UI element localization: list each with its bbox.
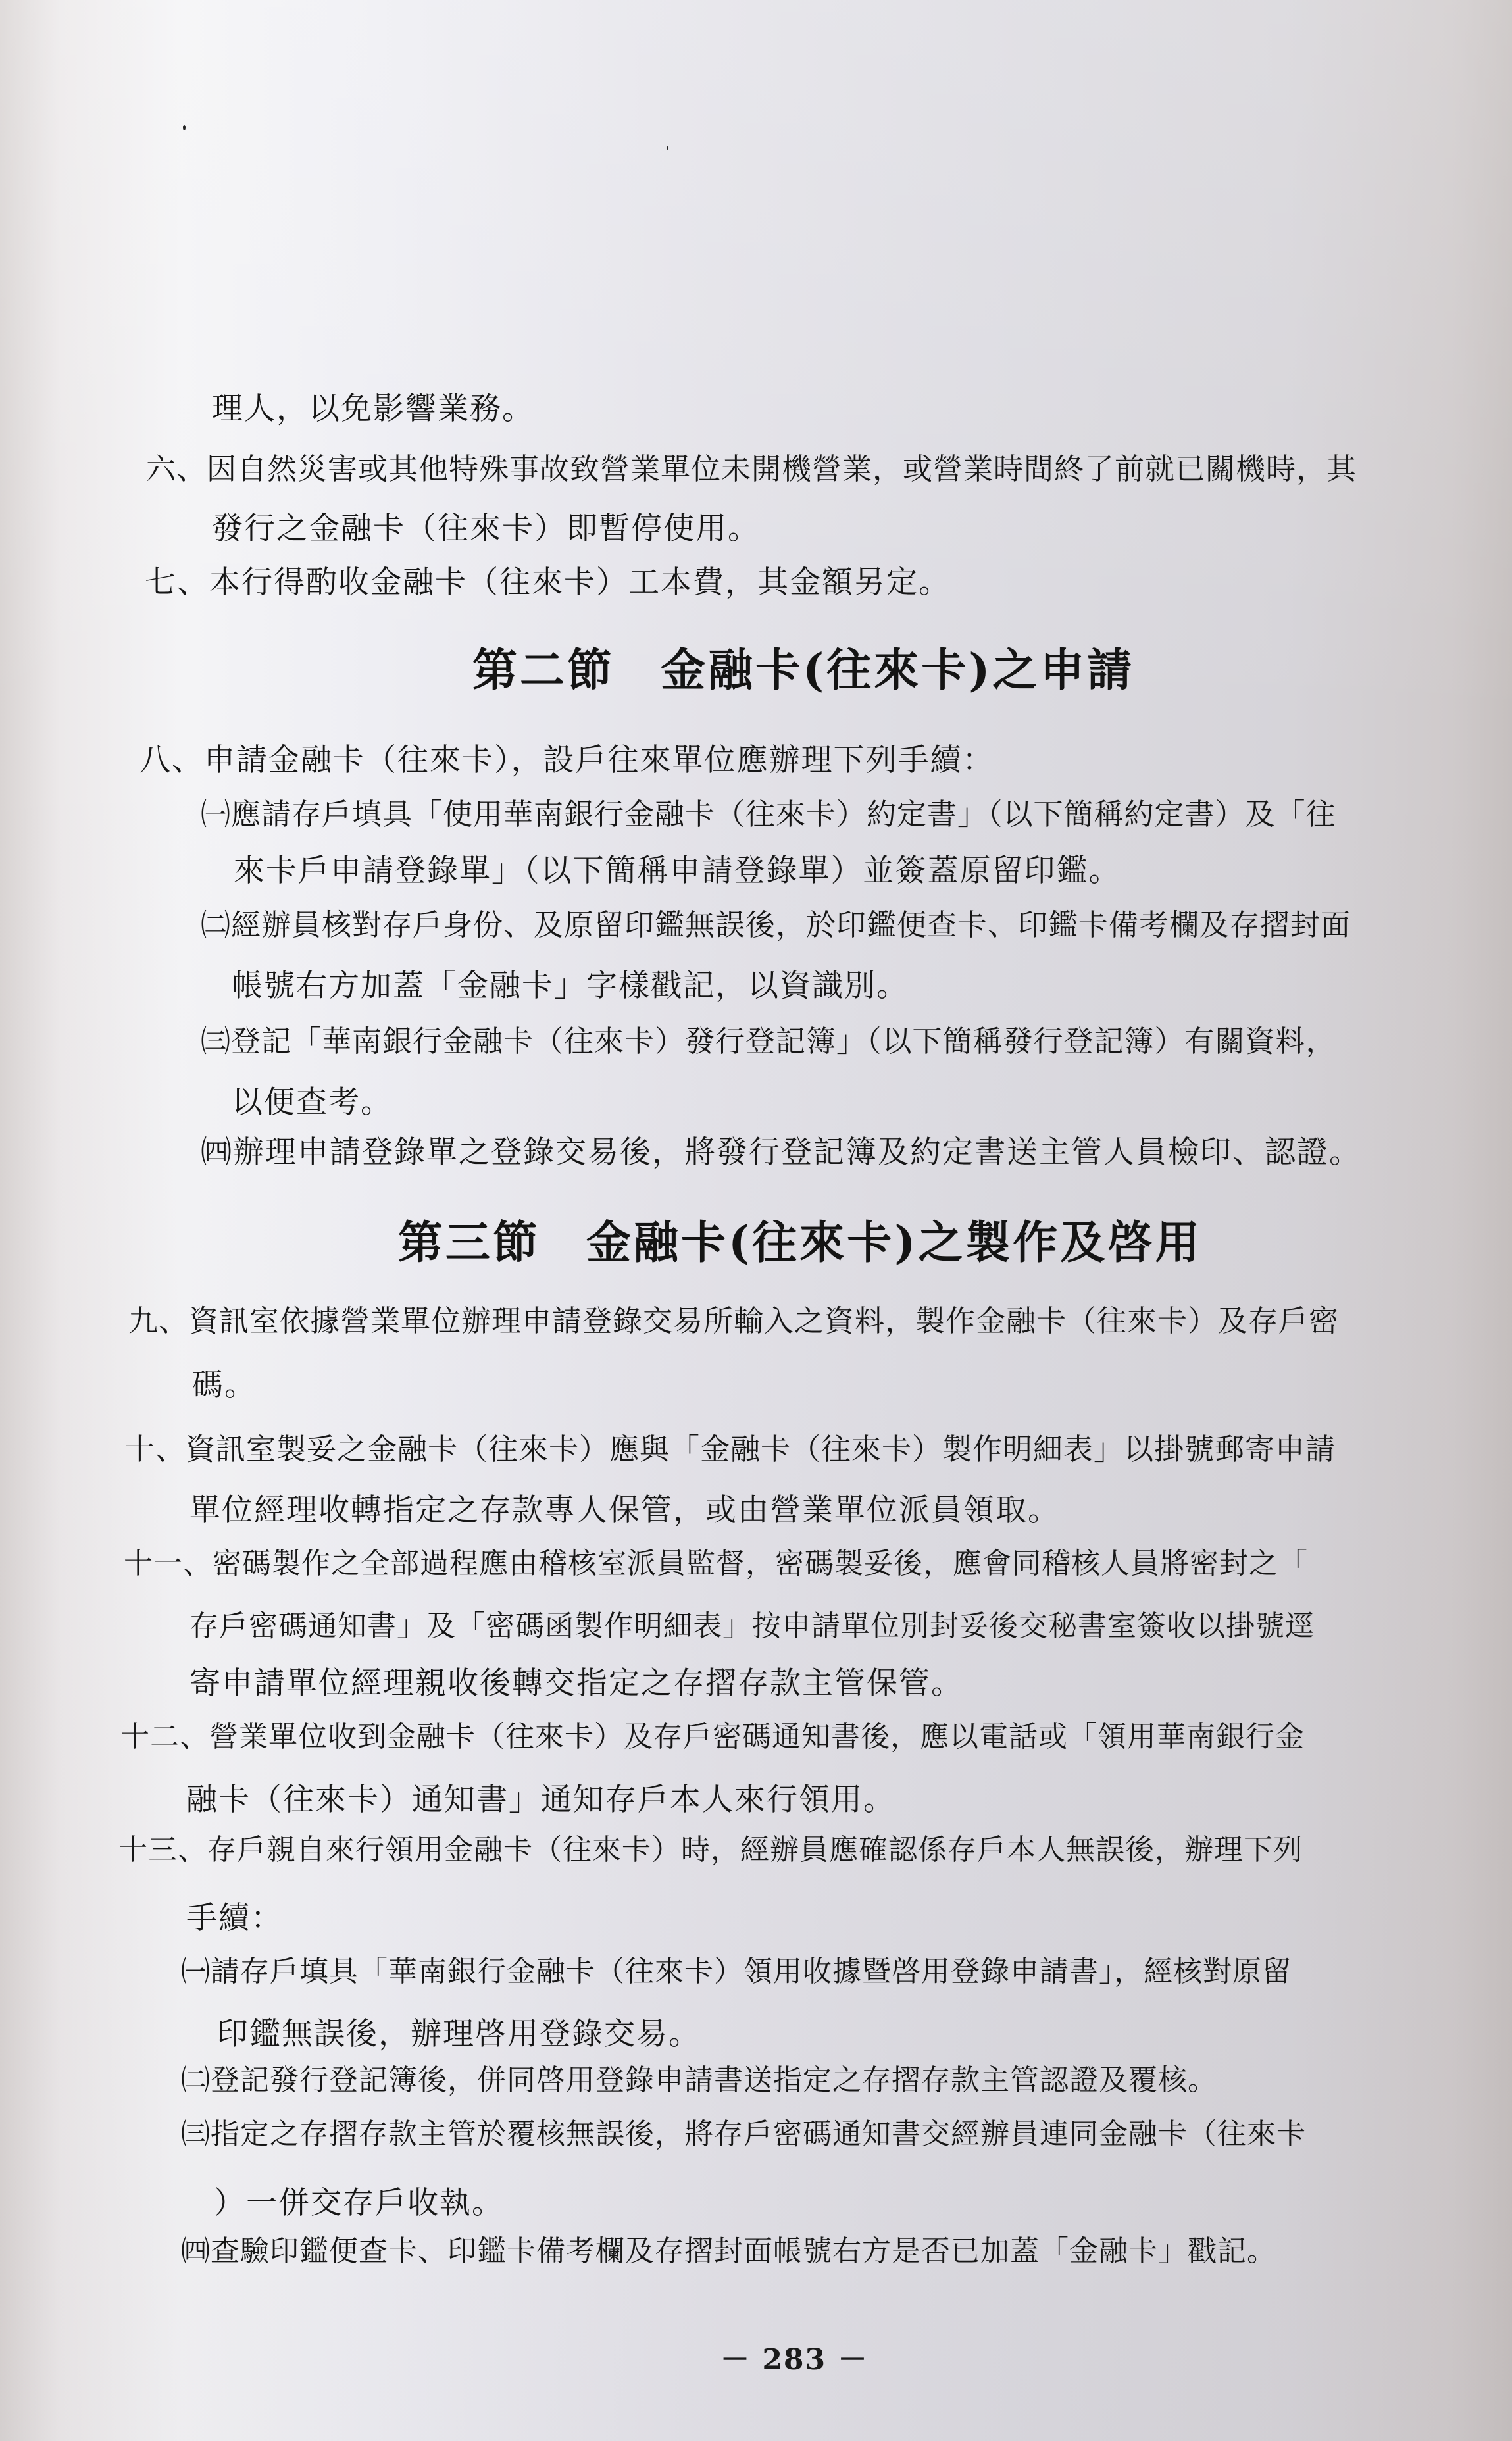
section-2-title: 金融卡(往來卡)之申請 <box>661 644 1134 697</box>
item-7-line-1: 七、本行得酌收金融卡（往來卡）工本費，其金額另定。 <box>145 567 951 598</box>
item-8-sub-3-line-2: 以便查考。 <box>232 1087 393 1118</box>
item-9-line-2: 碼。 <box>192 1370 257 1401</box>
item-13-sub-2-line-1: ㈡登記發行登記簿後，併同啓用登錄申請書送指定之存摺存款主管認證及覆核。 <box>181 2066 1217 2095</box>
item-8-sub-4-line-1: ㈣辦理申請登錄單之登錄交易後，將發行登記簿及約定書送主管人員檢印、認證。 <box>201 1137 1361 1168</box>
item-8-sub-2-line-2: 帳號右方加蓋「金融卡」字樣戳記，以資識別。 <box>232 970 909 1001</box>
item-11-line-2: 存戶密碼通知書」及「密碼函製作明細表」按申請單位別封妥後交秘書室簽收以掛號逕 <box>189 1612 1315 1641</box>
page-number: － 283 － <box>720 2336 868 2378</box>
item-6-line-2: 發行之金融卡（往來卡）即暫停使用。 <box>212 513 760 544</box>
item-13-line-1: 十三、存戶親自來行領用金融卡（往來卡）時，經辦員應確認係存戶本人無誤後，辦理下列 <box>118 1836 1303 1865</box>
item-9-line-1: 九、資訊室依據營業單位辦理申請登錄交易所輸入之資料，製作金融卡（往來卡）及存戶密 <box>128 1306 1339 1336</box>
item-10-line-1: 十、資訊室製妥之金融卡（往來卡）應與「金融卡（往來卡）製作明細表」以掛號郵寄申請 <box>125 1434 1336 1464</box>
item-12-line-2: 融卡（往來卡）通知書」通知存戶本人來行領用。 <box>186 1784 895 1815</box>
item-11-line-3: 寄申請單位經理親收後轉交指定之存摺存款主管保管。 <box>189 1668 963 1699</box>
continuation-line: 理人，以免影響業務。 <box>212 393 534 424</box>
item-13-sub-4-line-1: ㈣查驗印鑑便查卡、印鑑卡備考欄及存摺封面帳號右方是否已加蓋「金融卡」戳記。 <box>181 2237 1276 2266</box>
item-8-sub-1-line-2: 來卡戶申請登錄單」（以下簡稱申請登錄單）並簽蓋原留印鑑。 <box>234 855 1121 886</box>
item-8-sub-2-line-1: ㈡經辦員核對存戶身份、及原留印鑑無誤後，於印鑑便查卡、印鑑卡備考欄及存摺封面 <box>201 910 1351 940</box>
section-3-heading: 第三節金融卡(往來卡)之製作及啓用 <box>398 1220 1202 1265</box>
section-2-label: 第二節 <box>472 644 615 697</box>
item-10-line-2: 單位經理收轉指定之存款專人保管，或由營業單位派員領取。 <box>189 1495 1060 1526</box>
item-8-line-1: 八、申請金融卡（往來卡），設戶往來單位應辦理下列手續： <box>139 745 995 776</box>
item-13-line-2: 手續： <box>186 1903 283 1934</box>
scan-speck <box>183 125 186 130</box>
section-3-title: 金融卡(往來卡)之製作及啓用 <box>586 1217 1202 1269</box>
item-13-sub-1-line-1: ㈠請存戶填具「華南銀行金融卡（往來卡）領用收據暨啓用登錄申請書」，經核對原留 <box>181 1957 1292 1986</box>
section-3-label: 第三節 <box>398 1217 540 1269</box>
item-6-line-1: 六、因自然災害或其他特殊事故致營業單位未開機營業，或營業時間終了前就已關機時，其 <box>146 454 1357 484</box>
item-11-line-1: 十一、密碼製作之全部過程應由稽核室派員監督，密碼製妥後，應會同稽核人員將密封之「 <box>124 1549 1308 1578</box>
item-13-sub-3-line-1: ㈢指定之存摺存款主管於覆核無誤後，將存戶密碼通知書交經辦員連同金融卡（往來卡 <box>181 2120 1306 2149</box>
section-2-heading: 第二節金融卡(往來卡)之申請 <box>472 648 1134 693</box>
item-8-sub-1-line-1: ㈠應請存戶填具「使用華南銀行金融卡（往來卡）約定書」（以下簡稱約定書）及「往 <box>201 799 1336 829</box>
item-13-sub-1-line-2: 印鑑無誤後，辦理啓用登錄交易。 <box>217 2019 701 2050</box>
item-8-sub-3-line-1: ㈢登記「華南銀行金融卡（往來卡）發行登記簿」（以下簡稱發行登記簿）有關資料， <box>201 1026 1336 1056</box>
item-12-line-1: 十二、營業單位收到金融卡（往來卡）及存戶密碼通知書後，應以電話或「領用華南銀行金 <box>120 1723 1305 1751</box>
scan-speck <box>667 146 668 150</box>
item-13-sub-3-line-2: ）一併交存戶收執。 <box>214 2188 504 2219</box>
